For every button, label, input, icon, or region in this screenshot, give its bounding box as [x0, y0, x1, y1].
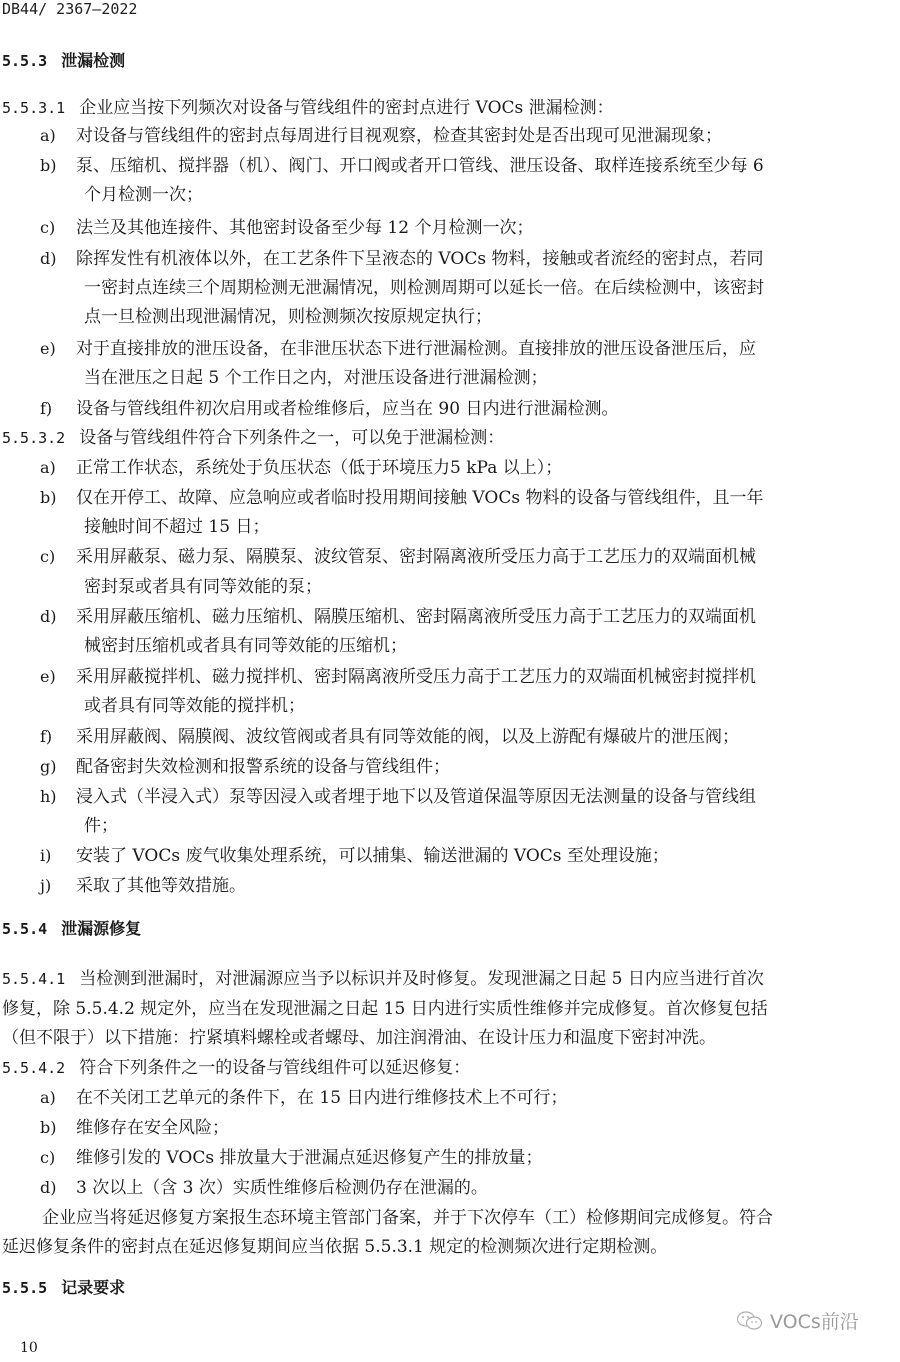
- paragraph-line: 修复，除 5.5.4.2 规定外，应当在发现泄漏之日起 15 日内进行实质性维修…: [2, 998, 768, 1020]
- section-heading-5-5-4: 5.5.4泄漏源修复: [2, 918, 141, 940]
- list-item: b)泵、压缩机、搅拌器（机）、阀门、开口阀或者开口管线、泄压设备、取样连接系统至…: [40, 155, 764, 177]
- list-item-label: a): [40, 125, 76, 147]
- line-text: 采取了其他等效措施。: [76, 876, 246, 896]
- list-item: j)采取了其他等效措施。: [40, 875, 246, 897]
- paragraph-line: 一密封点连续三个周期检测无泄漏情况，则检测周期可以延长一倍。在后续检测中，该密封: [84, 277, 764, 299]
- section-number: 5.5.5: [2, 1279, 47, 1297]
- clause-number: 5.5.4.2: [2, 1059, 65, 1077]
- clause-number: 5.5.3.2: [2, 429, 65, 447]
- list-item-label: h): [40, 786, 76, 808]
- line-text: 对设备与管线组件的密封点每周进行目视观察，检查其密封处是否出现可见泄漏现象；: [76, 126, 722, 146]
- line-text: 一密封点连续三个周期检测无泄漏情况，则检测周期可以延长一倍。在后续检测中，该密封: [84, 278, 764, 298]
- line-text: 设备与管线组件符合下列条件之一，可以免于泄漏检测：: [79, 428, 504, 448]
- list-item-label: d): [40, 248, 76, 270]
- line-text: 符合下列条件之一的设备与管线组件可以延迟修复：: [79, 1058, 470, 1078]
- list-item: e)对于直接排放的泄压设备，在非泄压状态下进行泄漏检测。直接排放的泄压设备泄压后…: [40, 338, 756, 360]
- list-item-label: j): [40, 875, 76, 897]
- list-item-label: c): [40, 1147, 76, 1169]
- wechat-icon: [736, 1310, 764, 1332]
- section-title: 泄漏源修复: [61, 919, 141, 938]
- list-item: d)除挥发性有机液体以外，在工艺条件下呈液态的 VOCs 物料，接触或者流经的密…: [40, 248, 763, 270]
- line-text: 在不关闭工艺单元的条件下，在 15 日内进行维修技术上不可行；: [76, 1088, 567, 1108]
- clause-line: 5.5.4.2符合下列条件之一的设备与管线组件可以延迟修复：: [2, 1057, 470, 1079]
- line-text: 对于直接排放的泄压设备，在非泄压状态下进行泄漏检测。直接排放的泄压设备泄压后，应: [76, 339, 756, 359]
- list-item-label: a): [40, 1087, 76, 1109]
- clause-number: 5.5.3.1: [2, 99, 65, 117]
- line-text: 设备与管线组件初次启用或者检维修后，应当在 90 日内进行泄漏检测。: [76, 399, 618, 419]
- line-text: 维修引发的 VOCs 排放量大于泄漏点延迟修复产生的排放量；: [76, 1148, 542, 1168]
- section-heading-5-5-5: 5.5.5记录要求: [2, 1277, 125, 1299]
- page-number: 10: [20, 1340, 38, 1356]
- line-text: 采用屏蔽搅拌机、磁力搅拌机、密封隔离液所受压力高于工艺压力的双端面机械密封搅拌机: [76, 667, 756, 687]
- document-id-header: DB44/ 2367—2022: [2, 0, 137, 18]
- list-item-label: f): [40, 398, 76, 420]
- line-text: 延迟修复条件的密封点在延迟修复期间应当依据 5.5.3.1 规定的检测频次进行定…: [2, 1237, 667, 1257]
- list-item-label: a): [40, 457, 76, 479]
- list-item: i)安装了 VOCs 废气收集处理系统，可以捕集、输送泄漏的 VOCs 至处理设…: [40, 845, 669, 867]
- paragraph-line: 个月检测一次；: [84, 184, 203, 206]
- list-item-label: e): [40, 338, 76, 360]
- list-item-label: i): [40, 845, 76, 867]
- line-text: 当检测到泄漏时，对泄漏源应当予以标识并及时修复。发现泄漏之日起 5 日内应当进行…: [79, 969, 764, 989]
- list-item: f)设备与管线组件初次启用或者检维修后，应当在 90 日内进行泄漏检测。: [40, 398, 618, 420]
- line-text: 采用屏蔽阀、隔膜阀、波纹管阀或者具有同等效能的阀，以及上游配有爆破片的泄压阀；: [76, 727, 739, 747]
- section-number: 5.5.3: [2, 52, 47, 70]
- line-text: 修复，除 5.5.4.2 规定外，应当在发现泄漏之日起 15 日内进行实质性维修…: [2, 999, 768, 1019]
- line-text: 点一旦检测出现泄漏情况，则检测频次按原规定执行；: [84, 307, 492, 327]
- list-item-label: b): [40, 155, 76, 177]
- line-text: 浸入式（半浸入式）泵等因浸入或者埋于地下以及管道保温等原因无法测量的设备与管线组: [76, 787, 756, 807]
- section-title: 记录要求: [61, 1278, 125, 1297]
- list-item: c)法兰及其他连接件、其他密封设备至少每 12 个月检测一次；: [40, 217, 533, 239]
- paragraph-line: 点一旦检测出现泄漏情况，则检测频次按原规定执行；: [84, 306, 492, 328]
- list-item: d)采用屏蔽压缩机、磁力压缩机、隔膜压缩机、密封隔离液所受压力高于工艺压力的双端…: [40, 606, 756, 628]
- list-item-label: d): [40, 1177, 76, 1199]
- list-item: a)对设备与管线组件的密封点每周进行目视观察，检查其密封处是否出现可见泄漏现象；: [40, 125, 722, 147]
- list-item-label: d): [40, 606, 76, 628]
- list-item-label: f): [40, 726, 76, 748]
- list-item-label: g): [40, 756, 76, 778]
- line-text: 个月检测一次；: [84, 185, 203, 205]
- list-item: c)采用屏蔽泵、磁力泵、隔膜泵、波纹管泵、密封隔离液所受压力高于工艺压力的双端面…: [40, 546, 756, 568]
- line-text: 维修存在安全风险；: [76, 1118, 229, 1138]
- list-item: b)仅在开停工、故障、应急响应或者临时投用期间接触 VOCs 物料的设备与管线组…: [40, 487, 763, 509]
- paragraph-line: 当在泄压之日起 5 个工作日之内，对泄压设备进行泄漏检测；: [84, 367, 548, 389]
- list-item-label: c): [40, 217, 76, 239]
- paragraph-line: 密封泵或者具有同等效能的泵；: [84, 576, 322, 598]
- line-text: 接触时间不超过 15 日；: [84, 517, 269, 537]
- line-text: 采用屏蔽泵、磁力泵、隔膜泵、波纹管泵、密封隔离液所受压力高于工艺压力的双端面机械: [76, 547, 756, 567]
- clause-line: 5.5.3.1企业应当按下列频次对设备与管线组件的密封点进行 VOCs 泄漏检测…: [2, 97, 614, 119]
- paragraph-line: 械密封压缩机或者具有同等效能的压缩机；: [84, 635, 407, 657]
- list-item-label: e): [40, 666, 76, 688]
- list-item-label: b): [40, 487, 76, 509]
- line-text: 配备密封失效检测和报警系统的设备与管线组件；: [76, 757, 450, 777]
- line-text: 件；: [84, 816, 118, 836]
- paragraph-line: 企业应当将延迟修复方案报生态环境主管部门备案，并于下次停车（工）检修期间完成修复…: [42, 1207, 773, 1229]
- line-text: 采用屏蔽压缩机、磁力压缩机、隔膜压缩机、密封隔离液所受压力高于工艺压力的双端面机: [76, 607, 756, 627]
- clause-number: 5.5.4.1: [2, 970, 65, 988]
- list-item: f)采用屏蔽阀、隔膜阀、波纹管阀或者具有同等效能的阀，以及上游配有爆破片的泄压阀…: [40, 726, 739, 748]
- list-item: d)3 次以上（含 3 次）实质性维修后检测仍存在泄漏的。: [40, 1177, 488, 1199]
- line-text: 械密封压缩机或者具有同等效能的压缩机；: [84, 636, 407, 656]
- line-text: 法兰及其他连接件、其他密封设备至少每 12 个月检测一次；: [76, 218, 533, 238]
- line-text: （但不限于）以下措施：拧紧填料螺栓或者螺母、加注润滑油、在设计压力和温度下密封冲…: [2, 1028, 716, 1048]
- section-heading-5-5-3: 5.5.3泄漏检测: [2, 50, 125, 72]
- section-number: 5.5.4: [2, 920, 47, 938]
- clause-line: 5.5.4.1当检测到泄漏时，对泄漏源应当予以标识并及时修复。发现泄漏之日起 5…: [2, 968, 764, 990]
- clause-line: 5.5.3.2设备与管线组件符合下列条件之一，可以免于泄漏检测：: [2, 427, 504, 449]
- list-item: a)在不关闭工艺单元的条件下，在 15 日内进行维修技术上不可行；: [40, 1087, 567, 1109]
- line-text: 泵、压缩机、搅拌器（机）、阀门、开口阀或者开口管线、泄压设备、取样连接系统至少每…: [76, 156, 764, 176]
- list-item: e)采用屏蔽搅拌机、磁力搅拌机、密封隔离液所受压力高于工艺压力的双端面机械密封搅…: [40, 666, 756, 688]
- line-text: 密封泵或者具有同等效能的泵；: [84, 577, 322, 597]
- list-item: c)维修引发的 VOCs 排放量大于泄漏点延迟修复产生的排放量；: [40, 1147, 542, 1169]
- section-title: 泄漏检测: [61, 51, 125, 70]
- line-text: 除挥发性有机液体以外，在工艺条件下呈液态的 VOCs 物料，接触或者流经的密封点…: [76, 249, 763, 269]
- paragraph-line: 或者具有同等效能的搅拌机；: [84, 695, 305, 717]
- list-item-label: c): [40, 546, 76, 568]
- line-text: 当在泄压之日起 5 个工作日之内，对泄压设备进行泄漏检测；: [84, 368, 548, 388]
- line-text: 3 次以上（含 3 次）实质性维修后检测仍存在泄漏的。: [76, 1178, 488, 1198]
- list-item: a)正常工作状态，系统处于负压状态（低于环境压力5 kPa 以上）；: [40, 457, 562, 479]
- line-text: 企业应当按下列频次对设备与管线组件的密封点进行 VOCs 泄漏检测：: [79, 98, 613, 118]
- list-item-label: b): [40, 1117, 76, 1139]
- list-item: h)浸入式（半浸入式）泵等因浸入或者埋于地下以及管道保温等原因无法测量的设备与管…: [40, 786, 756, 808]
- list-item: b)维修存在安全风险；: [40, 1117, 229, 1139]
- line-text: 仅在开停工、故障、应急响应或者临时投用期间接触 VOCs 物料的设备与管线组件，…: [76, 488, 763, 508]
- paragraph-line: 接触时间不超过 15 日；: [84, 516, 269, 538]
- paragraph-line: 件；: [84, 815, 118, 837]
- paragraph-line: （但不限于）以下措施：拧紧填料螺栓或者螺母、加注润滑油、在设计压力和温度下密封冲…: [2, 1027, 716, 1049]
- list-item: g)配备密封失效检测和报警系统的设备与管线组件；: [40, 756, 450, 778]
- line-text: 安装了 VOCs 废气收集处理系统，可以捕集、输送泄漏的 VOCs 至处理设施；: [76, 846, 669, 866]
- watermark: VOCs前沿: [736, 1307, 859, 1334]
- line-text: 企业应当将延迟修复方案报生态环境主管部门备案，并于下次停车（工）检修期间完成修复…: [42, 1208, 773, 1228]
- line-text: 正常工作状态，系统处于负压状态（低于环境压力5 kPa 以上）；: [76, 458, 562, 478]
- watermark-text: VOCs前沿: [770, 1307, 859, 1334]
- paragraph-line: 延迟修复条件的密封点在延迟修复期间应当依据 5.5.3.1 规定的检测频次进行定…: [2, 1236, 667, 1258]
- line-text: 或者具有同等效能的搅拌机；: [84, 696, 305, 716]
